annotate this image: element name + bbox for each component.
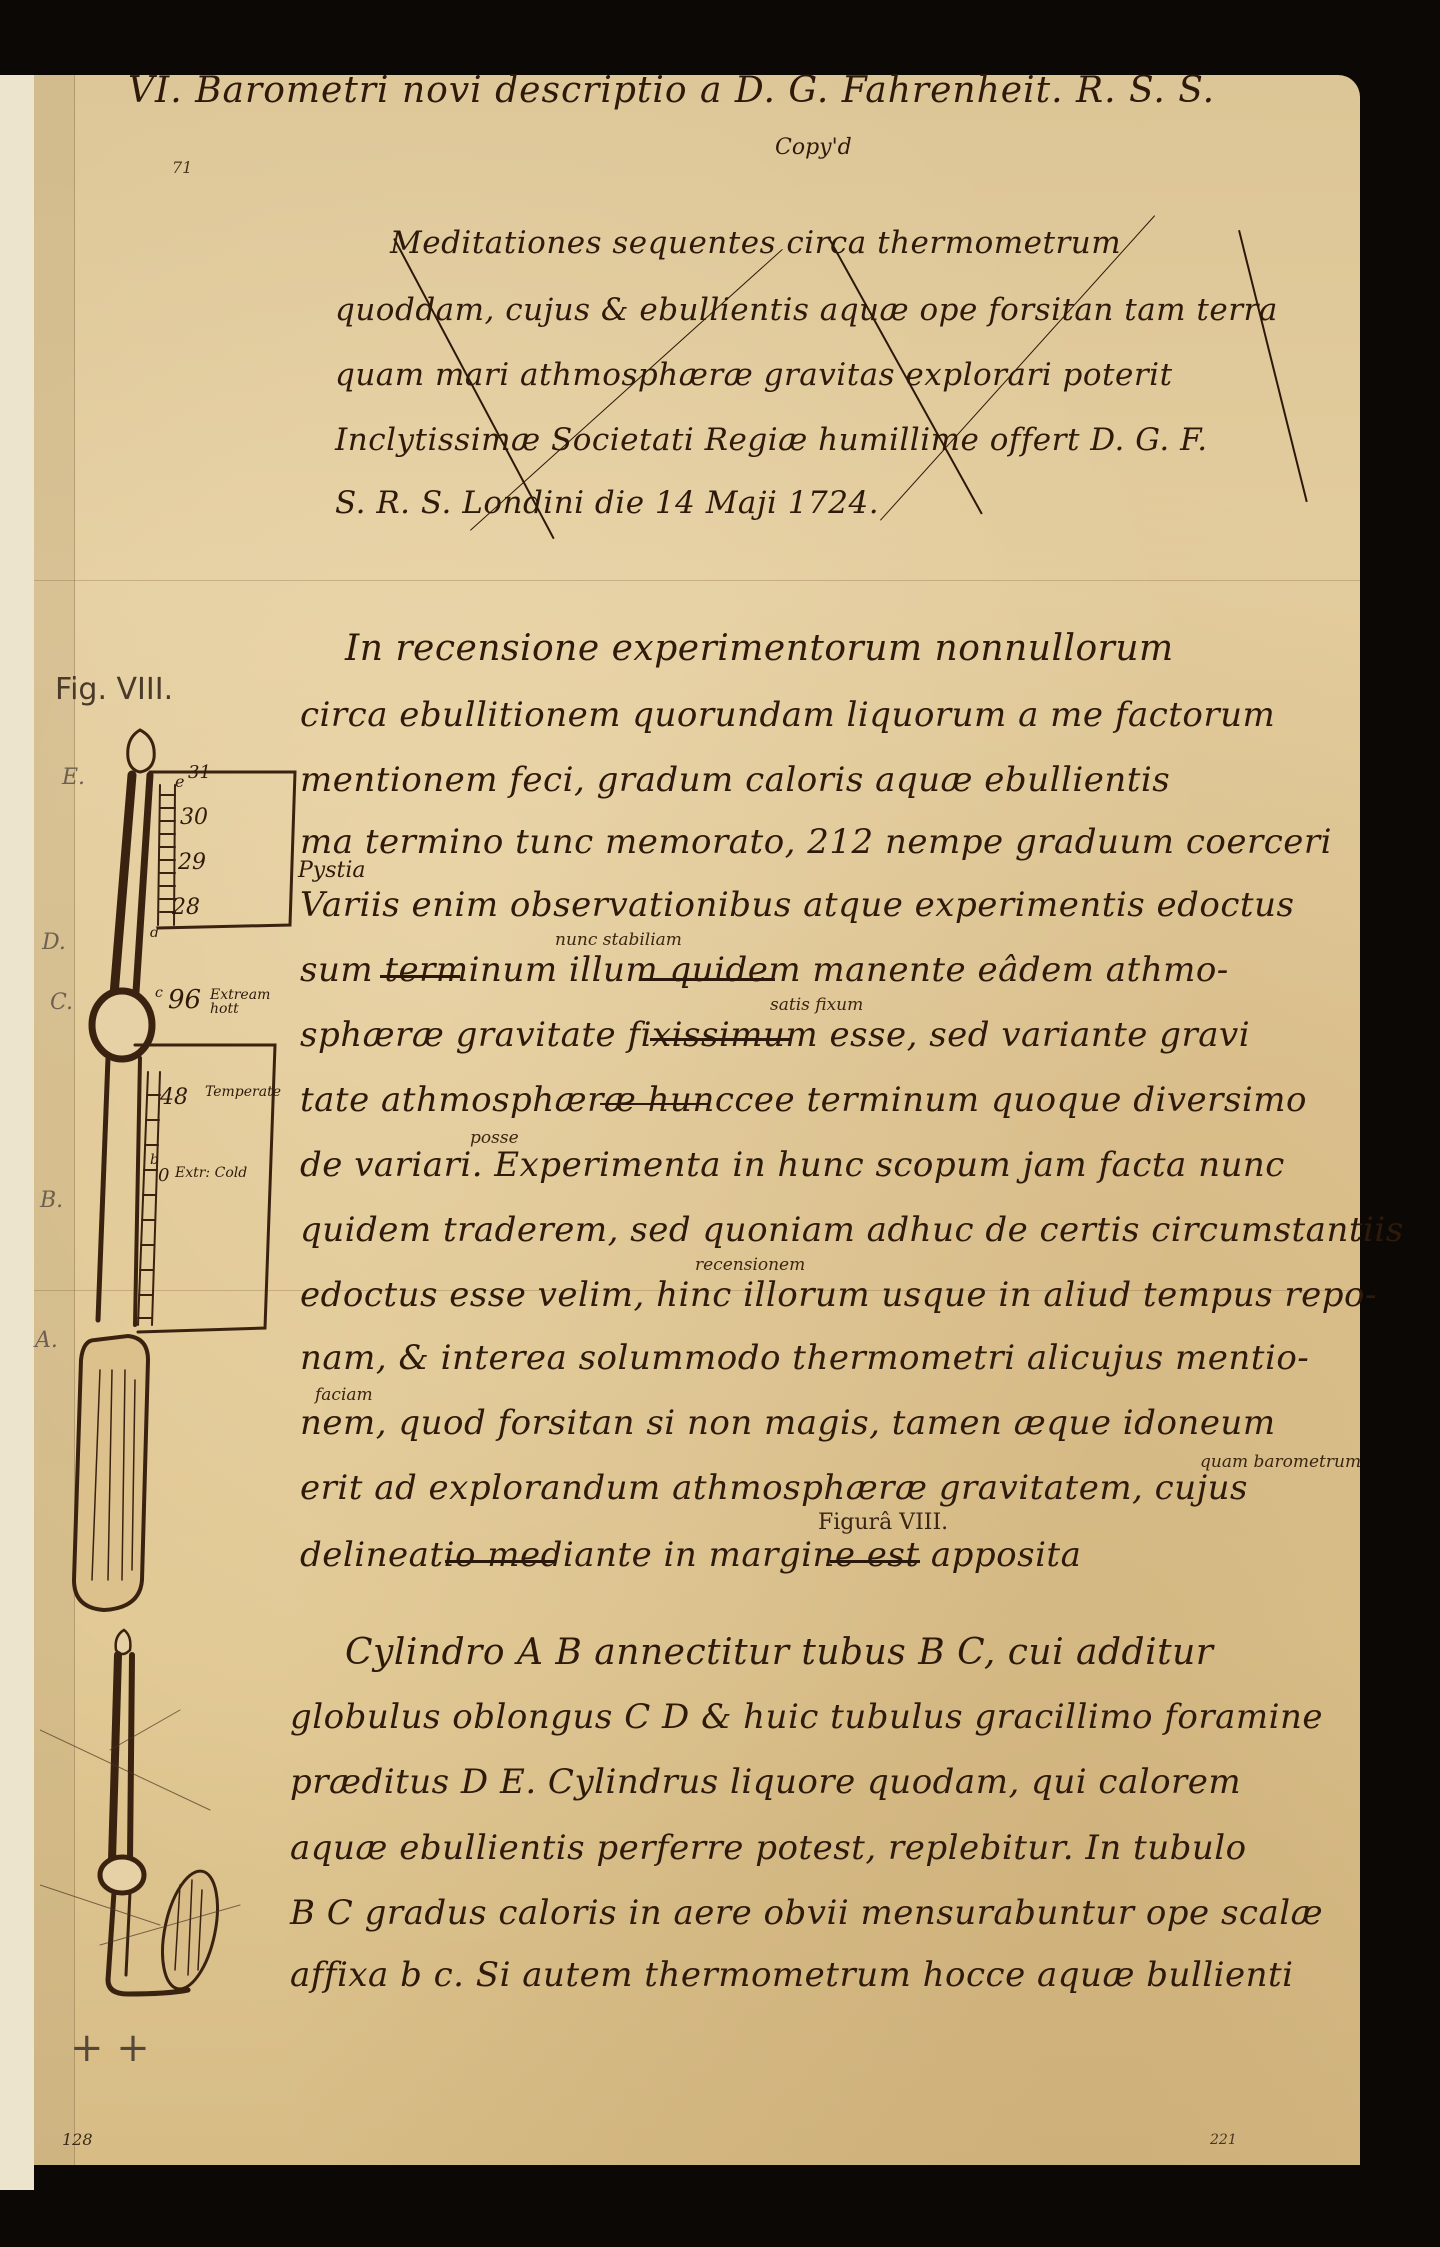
lower-scale-note: Temperate xyxy=(205,1085,260,1099)
interlinear-note: posse xyxy=(470,1128,519,1148)
upper-scale-value: 28 xyxy=(172,895,200,920)
body-line: sum terminum illum quidem manente eâdem … xyxy=(300,950,1229,990)
strike-stroke xyxy=(380,975,460,978)
body-line: nem, quod forsitan si non magis, tamen æ… xyxy=(300,1403,1276,1443)
body-line: Variis enim observationibus atque experi… xyxy=(300,885,1294,925)
body-line: tate athmosphæræ hunccee terminum quoque… xyxy=(300,1080,1307,1120)
margin-note: Pystia xyxy=(298,858,366,883)
body-line: præditus D E. Cylindrus liquore quodam, … xyxy=(290,1762,1241,1802)
upper-scale-value: 29 xyxy=(178,850,206,875)
body-line: sphæræ gravitate fixissimum esse, sed va… xyxy=(300,1015,1250,1055)
crossed-line: quoddam, cujus & ebullientis aquæ ope fo… xyxy=(335,292,1278,328)
lower-scale-note: Extream hott xyxy=(210,988,270,1016)
crossed-line: Meditationes sequentes circa thermometru… xyxy=(390,225,1121,261)
body-line: erit ad explorandum athmosphæræ gravitat… xyxy=(300,1468,1248,1508)
body-line: ma termino tunc memorato, 212 nempe grad… xyxy=(300,822,1332,862)
body-line: delineatio mediante in margine est appos… xyxy=(300,1535,1081,1575)
lower-scale-top-marker: c xyxy=(155,985,163,1001)
interlinear-note: nunc stabiliam xyxy=(555,930,682,950)
body-line: Cylindro A B annectitur tubus B C, cui a… xyxy=(345,1632,1213,1673)
corner-number: 221 xyxy=(1210,2132,1237,2148)
lower-scale-note: Extr: Cold xyxy=(175,1165,247,1181)
body-line: mentionem feci, gradum caloris aquæ ebul… xyxy=(300,760,1170,800)
interlinear-note: Figurâ VIII. xyxy=(818,1510,948,1535)
body-line: circa ebullitionem quorundam liquorum a … xyxy=(300,695,1275,735)
strike-stroke xyxy=(600,1103,710,1105)
pencil-cross-marks: + + xyxy=(70,2025,150,2071)
crossed-line: Inclytissimæ Societati Regiæ humillime o… xyxy=(335,422,1208,458)
body-line: quidem traderem, sed quoniam adhuc de ce… xyxy=(300,1210,1404,1250)
lower-scale-value: 96 xyxy=(168,985,201,1015)
upper-scale-marker: e xyxy=(175,772,184,791)
interlinear-note: faciam xyxy=(315,1385,373,1405)
body-line: globulus oblongus C D & huic tubulus gra… xyxy=(290,1697,1323,1737)
strike-stroke xyxy=(830,1560,920,1563)
upper-scale-value: 30 xyxy=(180,805,208,830)
paper-fold-line xyxy=(34,580,1360,581)
strike-stroke xyxy=(445,1560,555,1563)
binding-guard-strip xyxy=(0,75,34,2190)
document-title: VI. Barometri novi descriptio a D. G. Fa… xyxy=(128,70,1215,111)
strike-stroke xyxy=(640,978,775,981)
body-line: B C gradus caloris in aere obvii mensura… xyxy=(290,1893,1323,1933)
strike-stroke xyxy=(650,1038,790,1041)
body-line: In recensione experimentorum nonnullorum xyxy=(345,628,1174,669)
page-number: 128 xyxy=(62,2130,93,2149)
barometer-thermometer-drawing xyxy=(40,680,300,2020)
copy-note: Copy'd xyxy=(775,135,852,160)
folio-mark: 71 xyxy=(172,158,192,177)
body-line: aquæ ebullientis perferre potest, repleb… xyxy=(290,1828,1247,1868)
upper-scale-value: 31 xyxy=(188,762,211,783)
body-line: nam, & interea solummodo thermometri ali… xyxy=(300,1338,1309,1378)
lower-scale-value: 0 xyxy=(158,1165,169,1186)
lower-scale-value: 48 xyxy=(160,1085,188,1110)
crossed-line: S. R. S. Londini die 14 Maji 1724. xyxy=(335,485,879,521)
upper-scale-bottom-marker: d xyxy=(150,925,159,941)
body-line: affixa b c. Si autem thermometrum hocce … xyxy=(290,1955,1294,1995)
interlinear-note: quam barometrum xyxy=(1200,1452,1361,1472)
interlinear-note: recensionem xyxy=(695,1255,805,1275)
interlinear-note: satis fixum xyxy=(770,995,863,1015)
body-line: de variari. Experimenta in hunc scopum j… xyxy=(300,1145,1285,1185)
body-line: edoctus esse velim, hinc illorum usque i… xyxy=(300,1275,1377,1315)
